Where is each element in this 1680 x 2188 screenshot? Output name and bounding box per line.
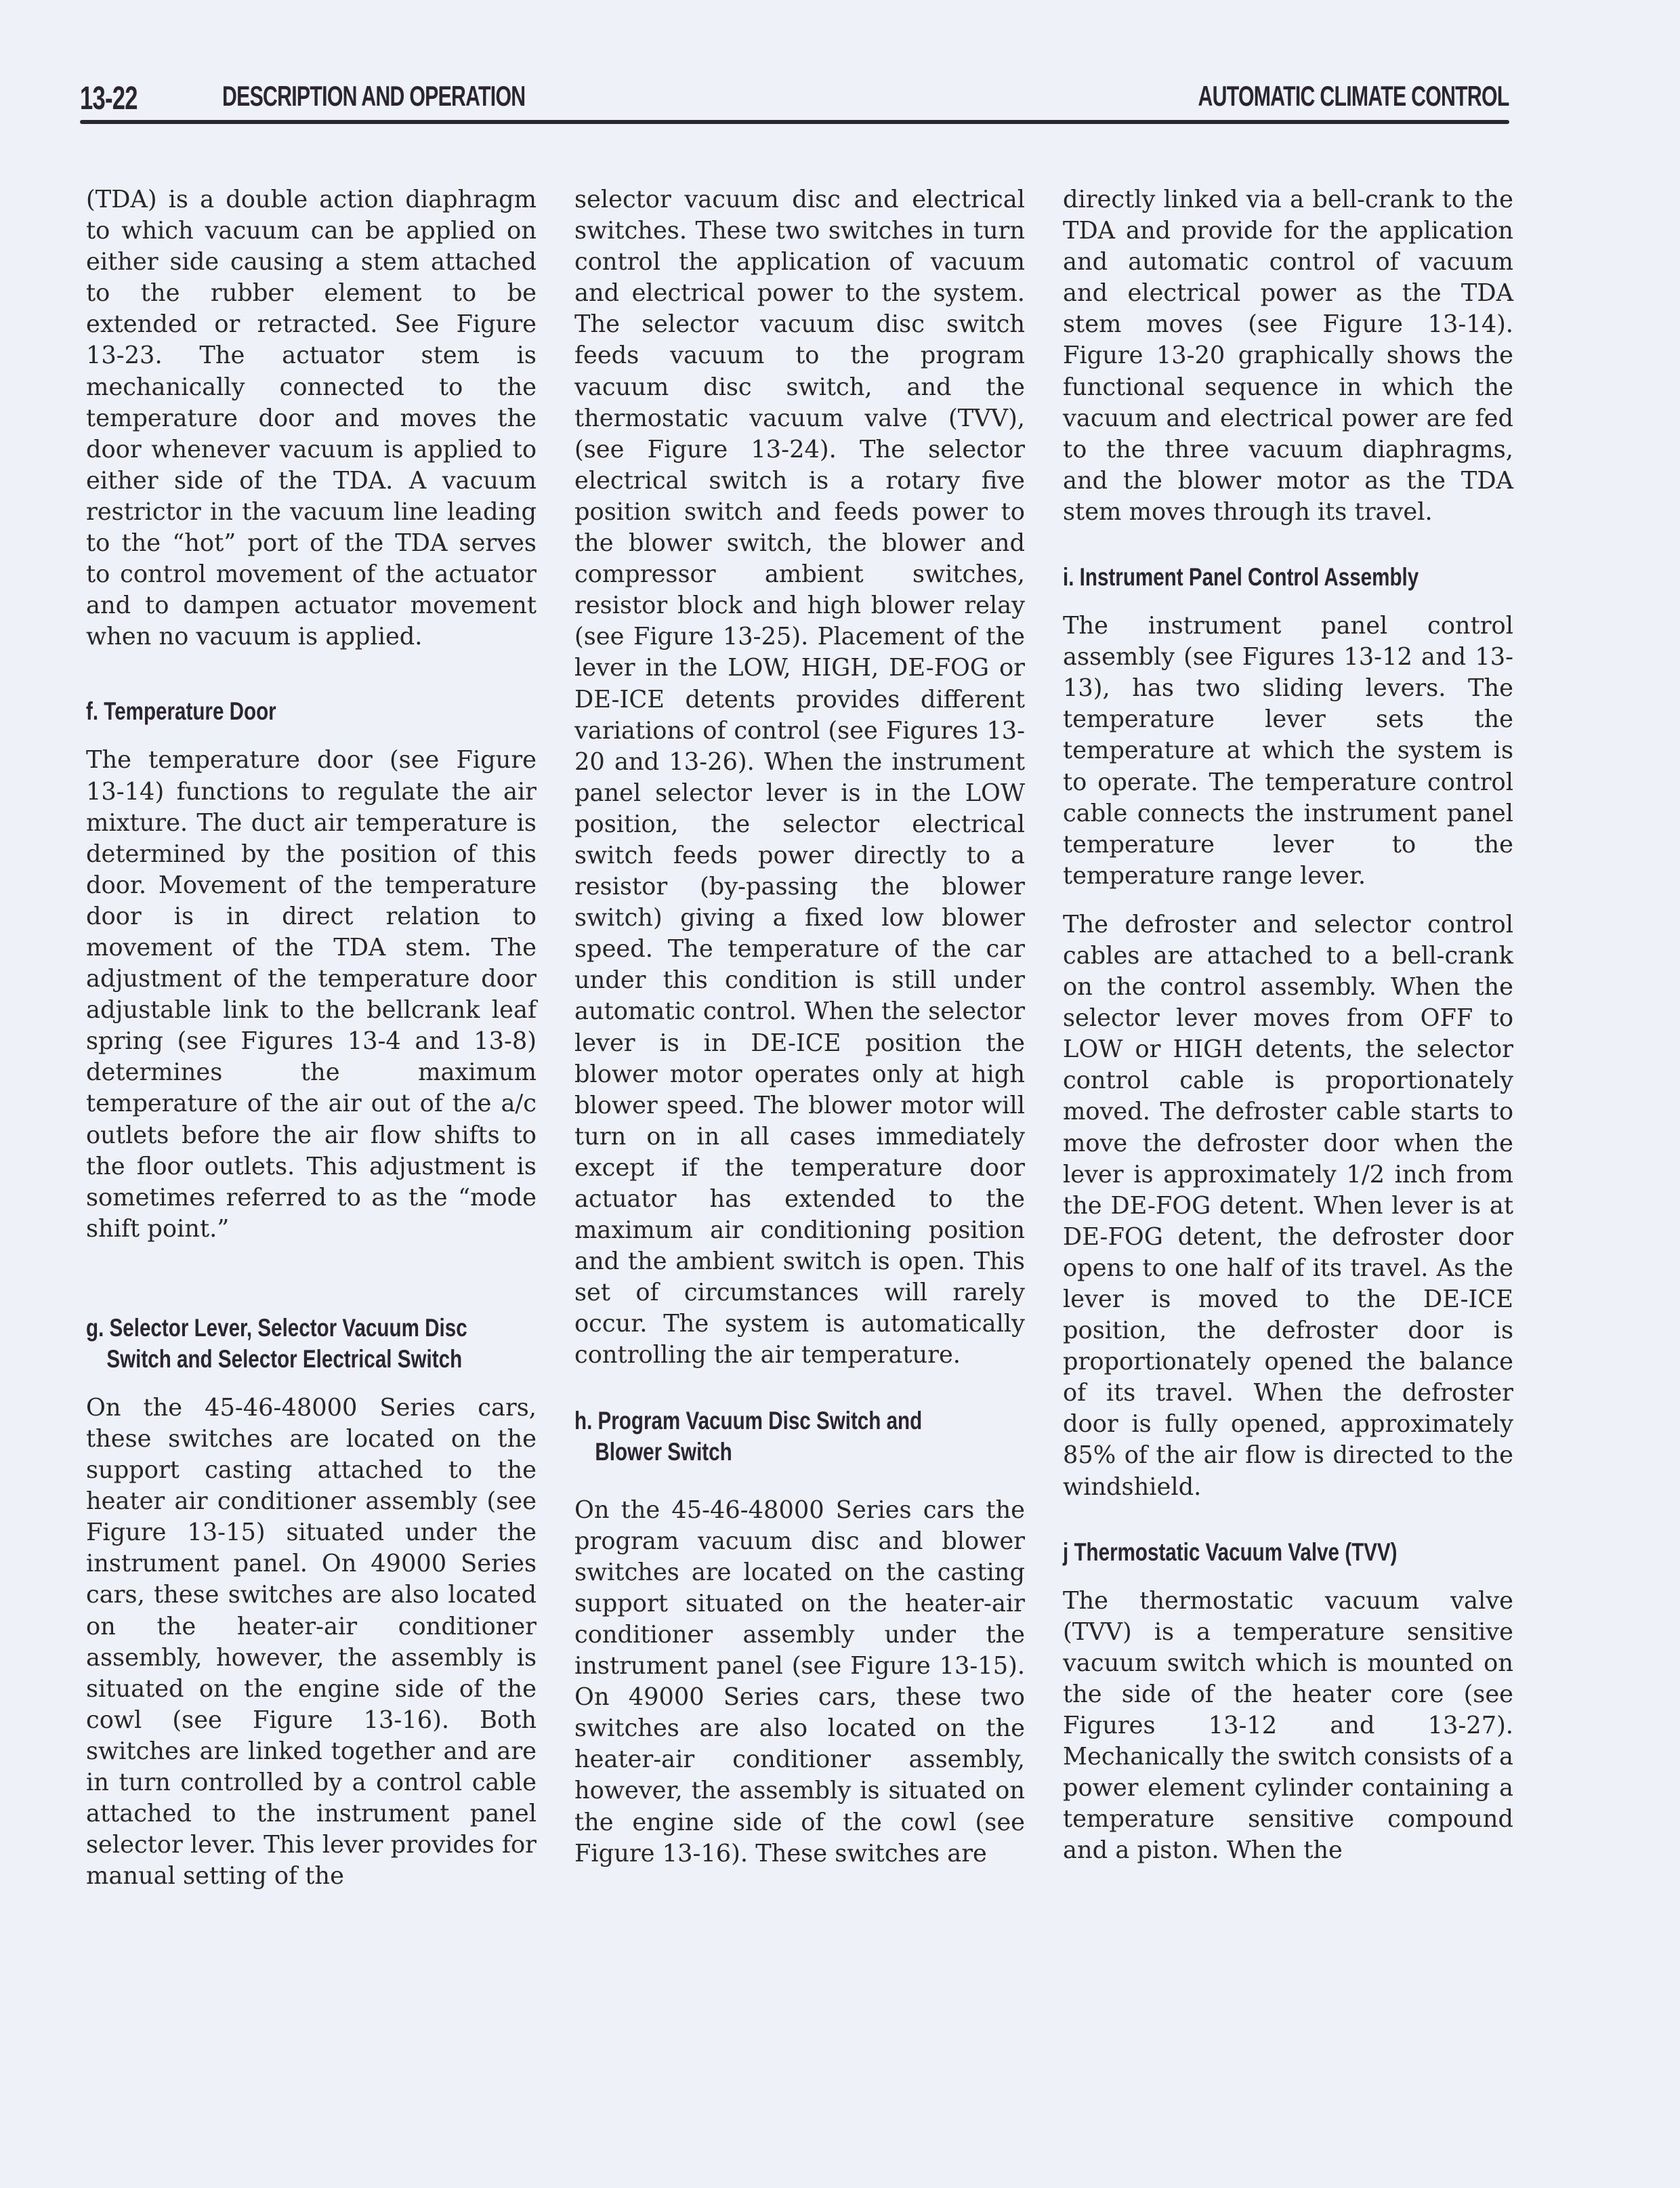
chapter-title: AUTOMATIC CLIMATE CONTROL xyxy=(1198,80,1509,112)
page-header: 13-22 DESCRIPTION AND OPERATION AUTOMATI… xyxy=(80,76,1509,123)
paragraph-instrument-panel-control: The instrument panel control assembly (s… xyxy=(1063,611,1513,892)
header-rule xyxy=(80,120,1509,124)
column-2: selector vacuum disc and electrical swit… xyxy=(574,184,1025,1887)
heading-temperature-door: f. Temperature Door xyxy=(86,696,537,727)
heading-selector-lever-line1: g. Selector Lever, Selector Vacuum Disc xyxy=(86,1314,467,1342)
heading-thermostatic-vacuum-valve: j Thermostatic Vacuum Valve (TVV) xyxy=(1063,1537,1513,1568)
paragraph-selector-switches: selector vacuum disc and electrical swit… xyxy=(574,184,1025,1371)
heading-instrument-panel-control: i. Instrument Panel Control Assembly xyxy=(1063,562,1513,593)
column-3: directly linked via a bell-crank to the … xyxy=(1063,184,1513,1884)
paragraph-temperature-door: The temperature door (see Figure 13-14) … xyxy=(86,745,537,1245)
heading-program-vacuum-disc-line1: h. Program Vacuum Disc Switch and xyxy=(574,1407,922,1434)
paragraph-program-vacuum-disc: On the 45-46-48000 Series cars the progr… xyxy=(574,1495,1025,1870)
paragraph-tda: (TDA) is a double action diaphragm to wh… xyxy=(86,184,537,653)
paragraph-bellcrank: directly linked via a bell-crank to the … xyxy=(1063,184,1513,528)
column-1: (TDA) is a double action diaphragm to wh… xyxy=(86,184,537,1910)
paragraph-selector-lever: On the 45-46-48000 Series cars, these sw… xyxy=(86,1392,537,1893)
heading-program-vacuum-disc-line2: Blower Switch xyxy=(574,1437,1025,1468)
paragraph-thermostatic-vacuum-valve: The thermostatic vacuum valve (TVV) is a… xyxy=(1063,1586,1513,1867)
section-title: DESCRIPTION AND OPERATION xyxy=(222,80,525,112)
paragraph-defroster: The defroster and selector control cable… xyxy=(1063,909,1513,1503)
heading-program-vacuum-disc: h. Program Vacuum Disc Switch and Blower… xyxy=(574,1405,1025,1468)
heading-selector-lever: g. Selector Lever, Selector Vacuum Disc … xyxy=(86,1313,537,1375)
heading-selector-lever-line2: Switch and Selector Electrical Switch xyxy=(86,1344,537,1375)
page-number: 13-22 xyxy=(80,80,138,117)
